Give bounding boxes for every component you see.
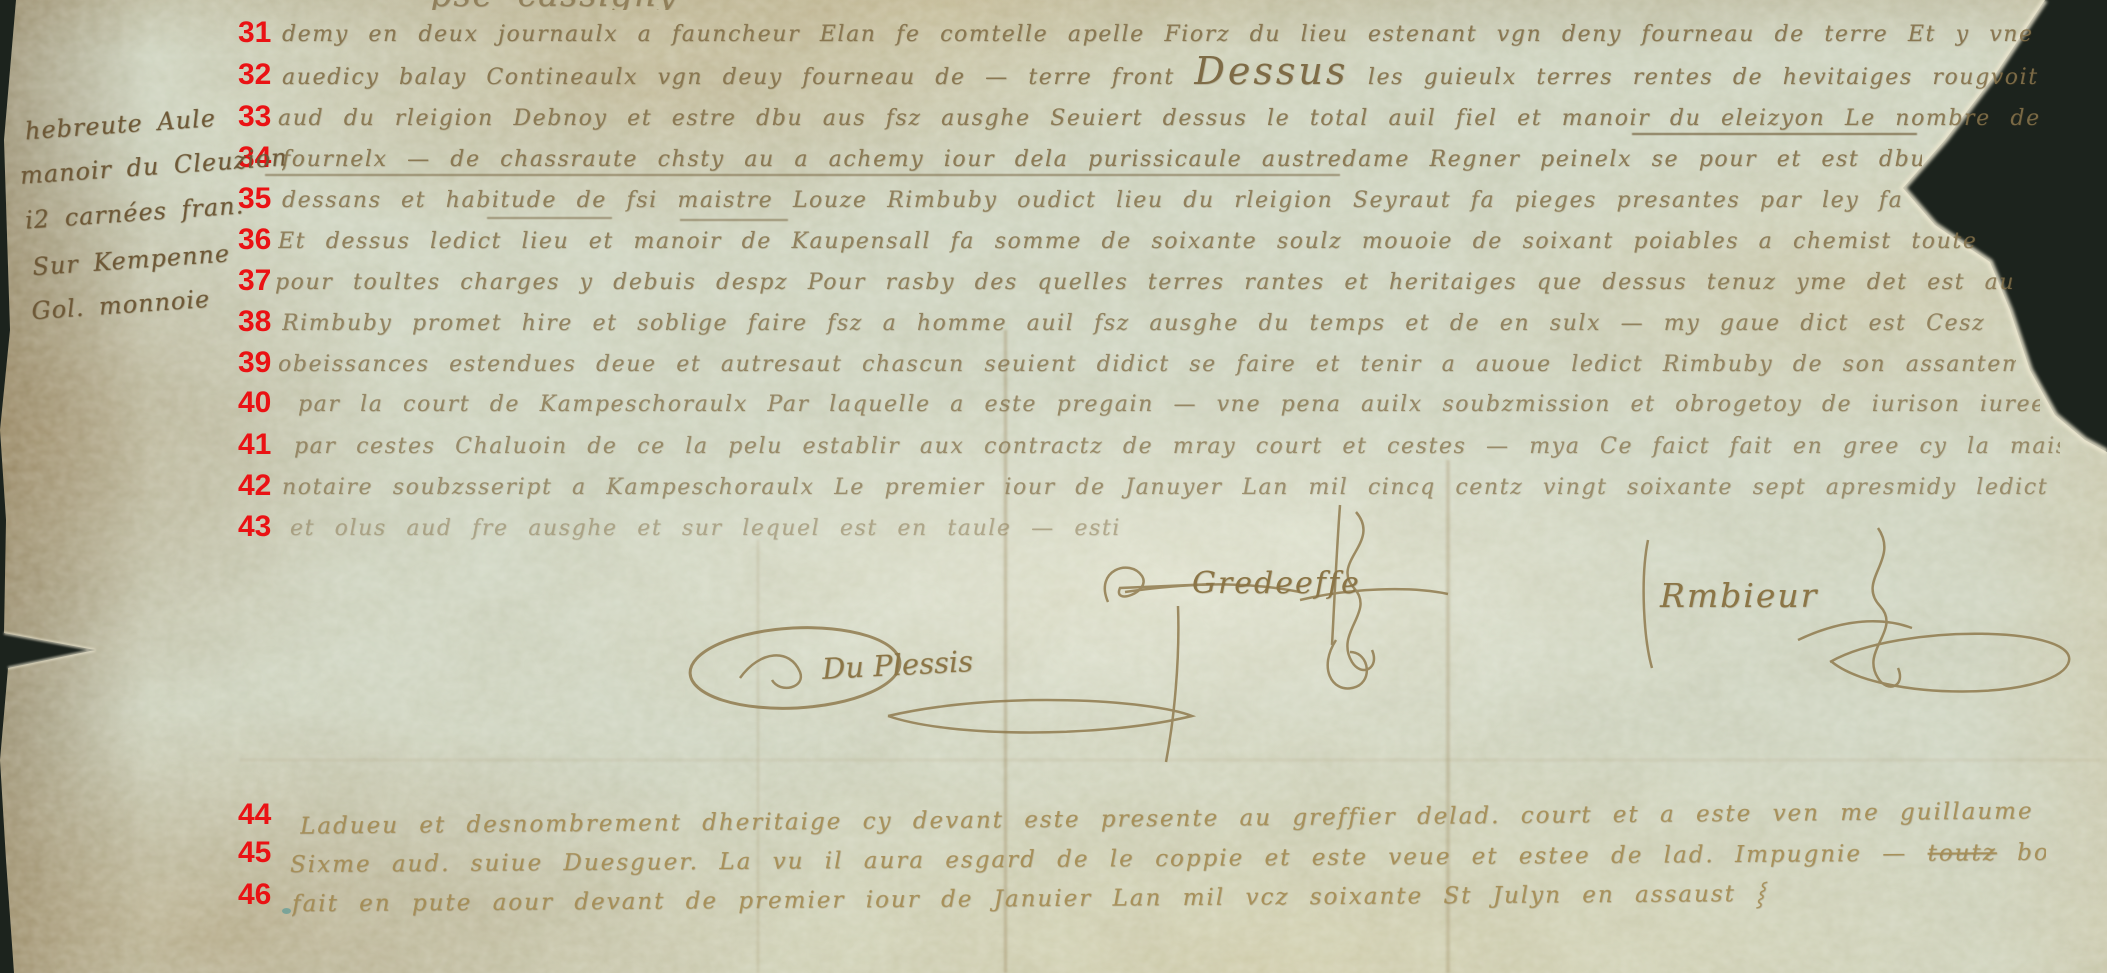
manuscript-line-42: notaire soubzsseript a Kampeschoraulx Le… (282, 473, 2064, 503)
manuscript-line-41: par cestes Chaluoin de ce la pelu establ… (294, 432, 2060, 462)
line-number-46: 46 (238, 880, 284, 910)
manuscript-line-38: Rimbuby promet hire et soblige faire fsz… (282, 309, 2002, 339)
manuscript-line-35: dessans et habitude de fsi maistre Louze… (282, 186, 1907, 216)
line-number-42: 42 (238, 471, 284, 501)
manuscript-text: boutz votre auys (1997, 838, 2046, 866)
manuscript-text: dessans et habitude de fsi maistre Louze… (282, 188, 1907, 213)
ink-underline (487, 217, 612, 219)
manuscript-text-struck: toutz (1927, 840, 1996, 866)
line-number-35: 35 (238, 184, 284, 214)
line-number-38: 38 (238, 307, 284, 337)
manuscript-text: notaire soubzsseript a Kampeschoraulx Le… (282, 475, 2064, 500)
manuscript-text: auedicy balay Contineaulx vgn deuy fourn… (282, 65, 1194, 90)
ink-underline (1632, 133, 1917, 135)
signature-center: Gredeeffe (1192, 566, 1361, 601)
line-number-43: 43 (238, 512, 284, 542)
line-number-44: 44 (238, 800, 284, 830)
line-number-45: 45 (238, 838, 284, 868)
line-number-31: 31 (238, 18, 284, 48)
manuscript-line-37: pour toultes charges y debuis despz Pour… (275, 268, 2031, 298)
manuscript-text: pour toultes charges y debuis despz Pour… (275, 270, 2031, 295)
manuscript-text: demy en deux journaulx a fauncheur Elan … (282, 22, 2040, 47)
line-number-40: 40 (238, 388, 284, 418)
ink-speck (282, 908, 291, 914)
manuscript-line-43: et olus aud fre ausghe et sur lequel est… (290, 514, 1120, 544)
manuscript-text: Et dessus ledict lieu et manoir de Kaupe… (278, 229, 1996, 254)
manuscript-text: les guieulx terres rentes de hevitaiges … (1348, 65, 2050, 90)
line-number-41: 41 (238, 430, 284, 460)
fold-crease (240, 758, 2100, 762)
ink-underline (680, 219, 788, 221)
manuscript-text-large: Dessus (1194, 56, 1348, 93)
signature-right: Rmbieur (1660, 576, 1818, 615)
manuscript-text: aud du rleigion Debnoy et estre dbu aus … (278, 106, 2040, 131)
manuscript-line-40: par la court de Kampeschoraulx Par laque… (298, 390, 2040, 420)
manuscript-line-36: Et dessus ledict lieu et manoir de Kaupe… (278, 227, 1996, 257)
manuscript-text: par cestes Chaluoin de ce la pelu establ… (294, 434, 2060, 459)
manuscript-line-33: aud du rleigion Debnoy et estre dbu aus … (278, 104, 2040, 134)
ink-underline (265, 174, 1340, 176)
line-number-32: 32 (238, 60, 284, 90)
manuscript-text: obeissances estendues deue et autresaut … (278, 352, 2016, 377)
manuscript-text: Rimbuby promet hire et soblige faire fsz… (282, 311, 2002, 336)
manuscript-line-34: fournelx — de chassraute chsty au a ache… (282, 145, 1922, 175)
manuscript-line-32: auedicy balay Contineaulx vgn deuy fourn… (282, 56, 2050, 93)
fold-crease (1003, 330, 1008, 973)
manuscript-text: et olus aud fre ausghe et sur lequel est… (290, 516, 1120, 541)
manuscript-line-39: obeissances estendues deue et autresaut … (278, 350, 2016, 380)
manuscript-text: par la court de Kampeschoraulx Par laque… (298, 392, 2040, 417)
manuscript-text: fournelx — de chassraute chsty au a ache… (282, 147, 1922, 172)
manuscript-partial-top-line: pse cassigny (430, 0, 1330, 10)
manuscript-text: pse cassigny (430, 0, 678, 10)
manuscript-line-31: demy en deux journaulx a fauncheur Elan … (282, 20, 2040, 50)
manuscript-scan: pse cassigny 31 32 33 34 35 36 37 38 39 … (0, 0, 2107, 973)
